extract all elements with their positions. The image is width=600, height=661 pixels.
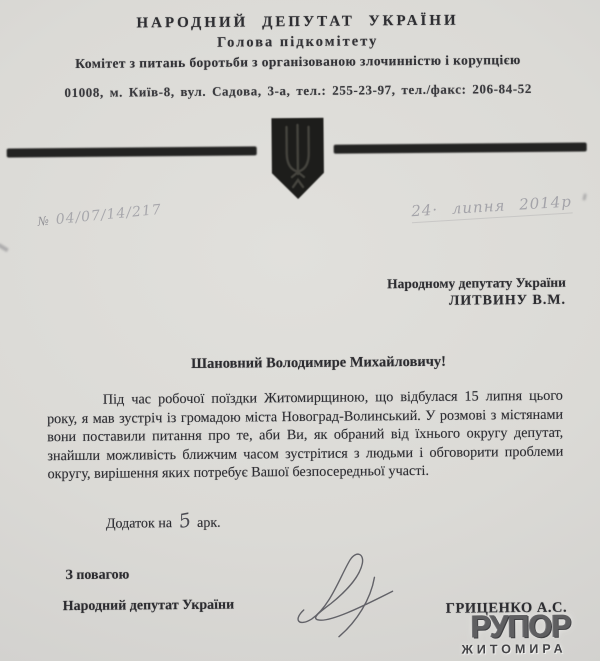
signature — [278, 547, 419, 640]
attachment-line: Додаток на 5 арк. — [106, 510, 221, 533]
watermark-rupor: РУПОР — [471, 608, 563, 646]
reference-date: 24· липня 2014р — [411, 192, 573, 223]
letterhead-title: НАРОДНИЙ ДЕПУТАТ УКРАЇНИ — [0, 11, 598, 33]
reference-number-value: 04/07/14/217 — [55, 202, 162, 228]
scan-artifact — [0, 243, 9, 252]
scan-artifact — [582, 193, 587, 201]
salutation: Шановний Володимире Михайловичу! — [1, 352, 600, 374]
body-paragraph: Під час робочої поїздки Житомирщиною, що… — [47, 387, 564, 484]
tryzub-shield-icon — [270, 117, 325, 200]
letterhead-committee: Комітет з питань боротьби з організовано… — [0, 51, 598, 72]
attachment-text-after: арк. — [197, 516, 221, 531]
closing-regards: З повагою — [65, 568, 129, 585]
recipient-block: Народному депутату України ЛИТВИНУ В.М. — [387, 274, 566, 312]
letterhead-subtitle: Голова підкомітету — [0, 31, 598, 53]
watermark-zhytomyra: ЖИТОМИРА — [461, 642, 567, 657]
sender-title: Народний депутат України — [63, 598, 235, 615]
letterhead-address: 01008, м. Київ-8, вул. Садова, 3-а, тел.… — [0, 80, 598, 101]
scanned-letter: НАРОДНИЙ ДЕПУТАТ УКРАЇНИ Голова підкоміт… — [0, 0, 600, 661]
numero-sign: № — [37, 214, 51, 229]
attachment-pages-handwritten: 5 — [177, 509, 193, 533]
rule-left — [7, 146, 257, 157]
rule-right — [334, 142, 587, 153]
attachment-text-before: Додаток на — [106, 516, 172, 532]
recipient-name: ЛИТВИНУ В.М. — [387, 292, 566, 312]
letter-sheet: НАРОДНИЙ ДЕПУТАТ УКРАЇНИ Голова підкоміт… — [0, 0, 600, 661]
reference-number: №04/07/14/217 — [37, 202, 163, 230]
letterhead: НАРОДНИЙ ДЕПУТАТ УКРАЇНИ Голова підкоміт… — [0, 11, 598, 101]
recipient-title: Народному депутату України — [387, 274, 566, 294]
